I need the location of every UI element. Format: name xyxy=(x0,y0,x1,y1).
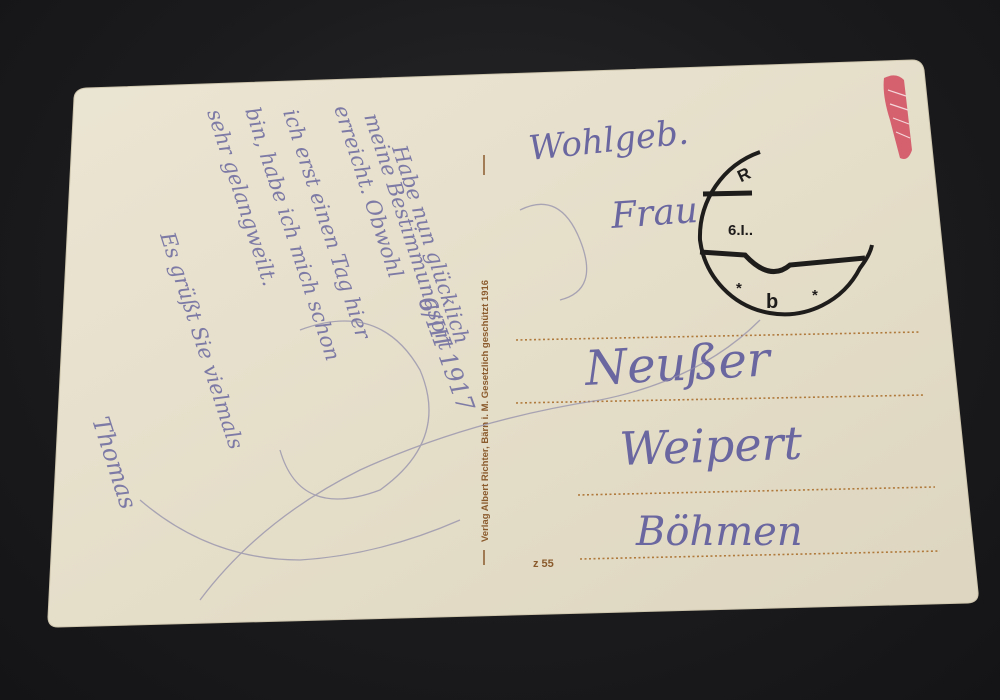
catalog-number: z 55 xyxy=(533,558,554,570)
svg-text:*: * xyxy=(736,280,742,297)
svg-text:Verlag Albert Richter, Bärn i.: Verlag Albert Richter, Bärn i. M. Gesetz… xyxy=(480,280,491,542)
svg-text:Neußer: Neußer xyxy=(583,331,774,397)
svg-text:*: * xyxy=(812,287,818,304)
postcard-body xyxy=(48,60,978,627)
photo-scene: Verlag Albert Richter, Bärn i. M. Gesetz… xyxy=(0,0,1000,700)
svg-text:b: b xyxy=(766,291,778,313)
svg-text:Frau: Frau xyxy=(609,190,699,237)
svg-text:Weipert: Weipert xyxy=(618,416,803,476)
svg-text:Böhmen: Böhmen xyxy=(635,509,803,555)
svg-text:6.I..: 6.I.. xyxy=(728,222,753,239)
postcard: Verlag Albert Richter, Bärn i. M. Gesetz… xyxy=(0,0,1000,700)
